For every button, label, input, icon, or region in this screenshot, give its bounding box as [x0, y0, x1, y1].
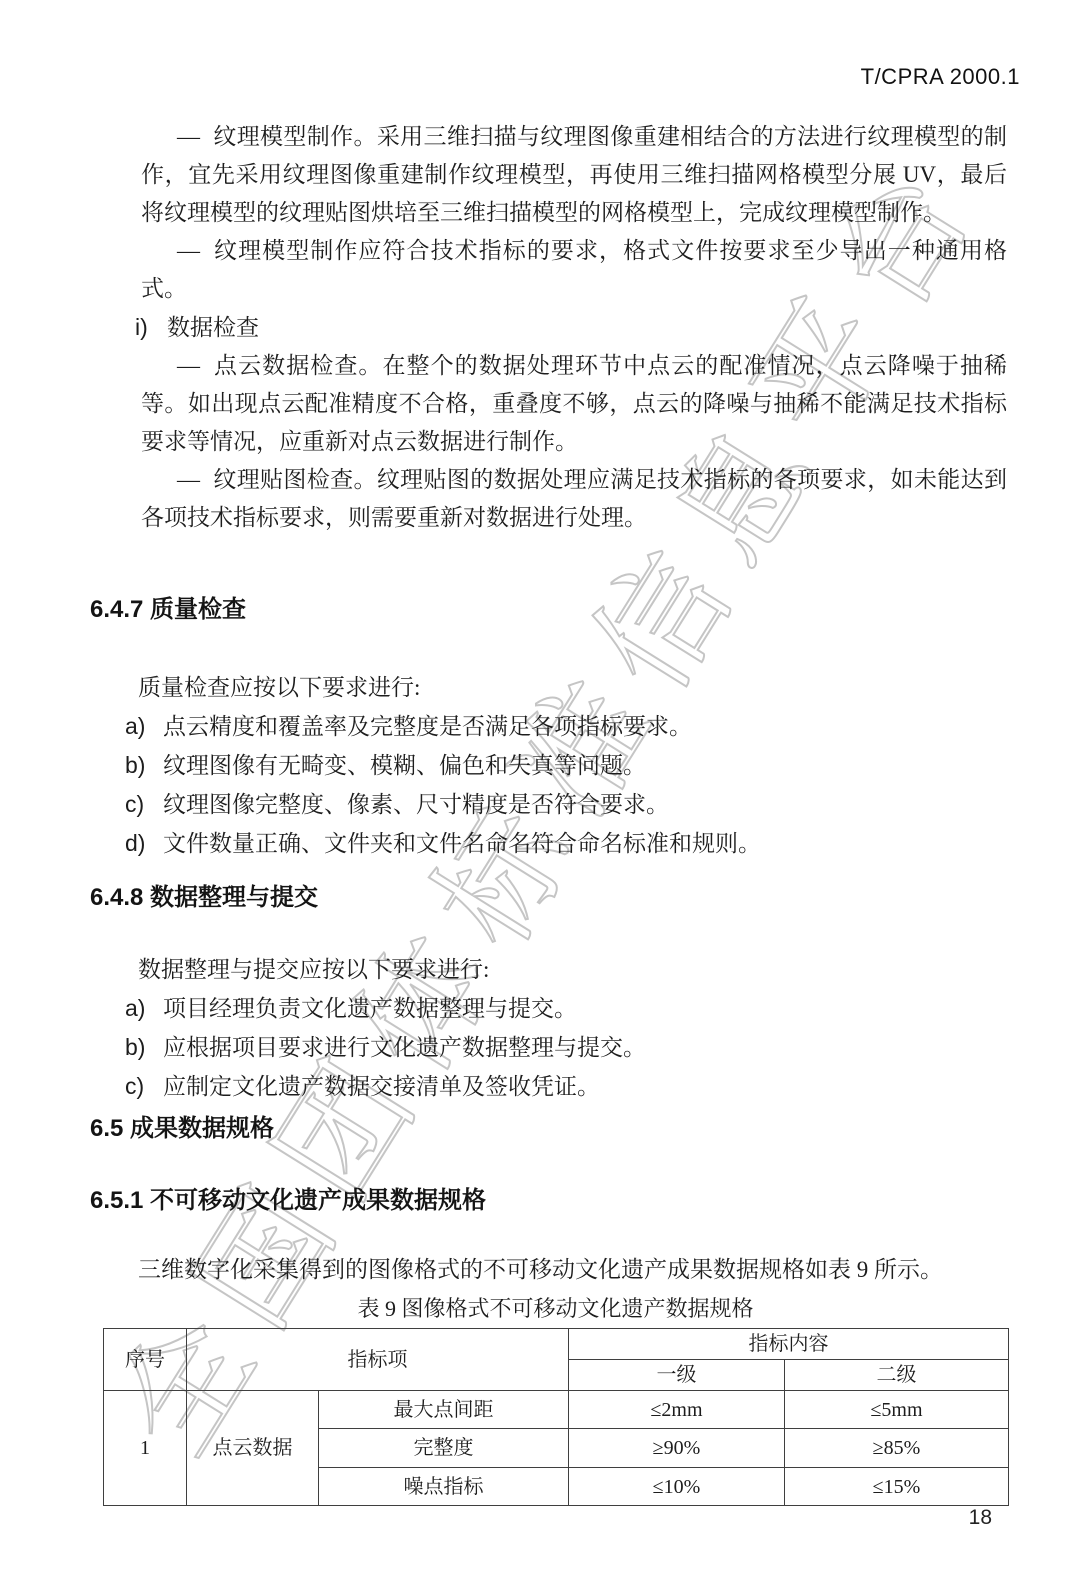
list-item-label: b) [125, 746, 163, 784]
lead-paragraph-quality-check: 质量检查应按以下要求进行: [90, 669, 1007, 707]
cell-metric: 最大点间距 [319, 1391, 569, 1429]
page-content: —纹理模型制作。采用三维扫描与纹理图像重建相结合的方法进行纹理模型的制作，宜先采… [90, 96, 1007, 1506]
paragraph-texture-map-check: —纹理贴图检查。纹理贴图的数据处理应满足技术指标的各项要求，如未能达到各项技术指… [141, 461, 1007, 537]
paragraph-texture-model-requirement: —纹理模型制作应符合技术指标的要求，格式文件按要求至少导出一种通用格式。 [141, 232, 1007, 308]
list-item-b: b)纹理图像有无畸变、模糊、偏色和失真等问题。 [125, 746, 1007, 785]
col-header-content: 指标内容 [569, 1329, 1009, 1360]
dash-marker: — [177, 118, 213, 156]
cell-level1-value: ≤10% [569, 1468, 785, 1506]
spec-table: 序号 指标项 指标内容 一级 二级 1 点云数据 最大点间距 ≤2mm ≤5mm… [103, 1328, 1009, 1506]
list-item-label: a) [125, 989, 163, 1027]
list-item-label: a) [125, 707, 163, 745]
document-page: 全国团体标准信息平台 T/CPRA 2000.1 —纹理模型制作。采用三维扫描与… [0, 0, 1080, 1595]
list-item-text: 点云精度和覆盖率及完整度是否满足各项指标要求。 [163, 714, 692, 739]
col-header-level2: 二级 [785, 1360, 1009, 1391]
cell-level2-value: ≥85% [785, 1429, 1009, 1468]
paragraph-text: 纹理贴图检查。纹理贴图的数据处理应满足技术指标的各项要求，如未能达到各项技术指标… [141, 467, 1007, 530]
list-item-label: d) [125, 824, 163, 862]
dash-marker: — [177, 232, 213, 270]
section-heading-6-5-1: 6.5.1 不可移动文化遗产成果数据规格 [90, 1186, 1007, 1216]
paragraph-texture-model-making: —纹理模型制作。采用三维扫描与纹理图像重建相结合的方法进行纹理模型的制作，宜先采… [141, 118, 1007, 232]
list-item-a: a)点云精度和覆盖率及完整度是否满足各项指标要求。 [125, 707, 1007, 746]
cell-level2-value: ≤5mm [785, 1391, 1009, 1429]
list-item-c: c)应制定文化遗产数据交接清单及签收凭证。 [125, 1067, 1007, 1106]
cell-metric: 完整度 [319, 1429, 569, 1468]
doc-code: T/CPRA 2000.1 [861, 64, 1020, 90]
cell-level2-value: ≤15% [785, 1468, 1009, 1506]
section-heading-6-5: 6.5 成果数据规格 [90, 1114, 1007, 1144]
cell-row-no: 1 [104, 1391, 187, 1506]
list-item-i-data-check: i)数据检查 [135, 308, 1007, 347]
section-heading-6-4-7: 6.4.7 质量检查 [90, 595, 1007, 625]
col-header-no: 序号 [104, 1329, 187, 1391]
list-item-c: c)纹理图像完整度、像素、尺寸精度是否符合要求。 [125, 785, 1007, 824]
cell-metric: 噪点指标 [319, 1468, 569, 1506]
section-heading-6-4-8: 6.4.8 数据整理与提交 [90, 883, 1007, 913]
list-item-b: b)应根据项目要求进行文化遗产数据整理与提交。 [125, 1028, 1007, 1067]
table-caption: 表 9 图像格式不可移动文化遗产数据规格 [103, 1295, 1008, 1323]
dash-marker: — [177, 461, 213, 499]
list-item-label: b) [125, 1028, 163, 1066]
paragraph-text: 点云数据检查。在整个的数据处理环节中点云的配准情况，点云降噪于抽稀等。如出现点云… [141, 353, 1007, 454]
list-item-text: 数据检查 [167, 315, 259, 340]
col-header-item: 指标项 [187, 1329, 569, 1391]
list-item-d: d)文件数量正确、文件夹和文件名命名符合命名标准和规则。 [125, 824, 1007, 863]
table-row: 1 点云数据 最大点间距 ≤2mm ≤5mm [104, 1391, 1009, 1429]
lead-paragraph-data-submission: 数据整理与提交应按以下要求进行: [90, 951, 1007, 989]
list-item-a: a)项目经理负责文化遗产数据整理与提交。 [125, 989, 1007, 1028]
paragraph-table-intro: 三维数字化采集得到的图像格式的不可移动文化遗产成果数据规格如表 9 所示。 [90, 1251, 1007, 1289]
cell-group-name: 点云数据 [187, 1391, 319, 1506]
col-header-level1: 一级 [569, 1360, 785, 1391]
cell-level1-value: ≥90% [569, 1429, 785, 1468]
list-item-label: i) [135, 308, 167, 346]
list-item-text: 纹理图像有无畸变、模糊、偏色和失真等问题。 [163, 753, 646, 778]
list-item-text: 文件数量正确、文件夹和文件名命名符合命名标准和规则。 [163, 831, 761, 856]
paragraph-text: 纹理模型制作。采用三维扫描与纹理图像重建相结合的方法进行纹理模型的制作，宜先采用… [141, 124, 1007, 225]
dash-marker: — [177, 347, 213, 385]
list-item-text: 项目经理负责文化遗产数据整理与提交。 [163, 996, 577, 1021]
page-number: 18 [969, 1506, 992, 1530]
list-item-text: 纹理图像完整度、像素、尺寸精度是否符合要求。 [163, 792, 669, 817]
paragraph-text: 纹理模型制作应符合技术指标的要求，格式文件按要求至少导出一种通用格式。 [141, 238, 1007, 301]
list-item-text: 应根据项目要求进行文化遗产数据整理与提交。 [163, 1035, 646, 1060]
list-item-label: c) [125, 785, 163, 823]
cell-level1-value: ≤2mm [569, 1391, 785, 1429]
list-item-text: 应制定文化遗产数据交接清单及签收凭证。 [163, 1074, 600, 1099]
list-item-label: c) [125, 1067, 163, 1105]
table-header-row-1: 序号 指标项 指标内容 [104, 1329, 1009, 1360]
paragraph-pointcloud-check: —点云数据检查。在整个的数据处理环节中点云的配准情况，点云降噪于抽稀等。如出现点… [141, 347, 1007, 461]
